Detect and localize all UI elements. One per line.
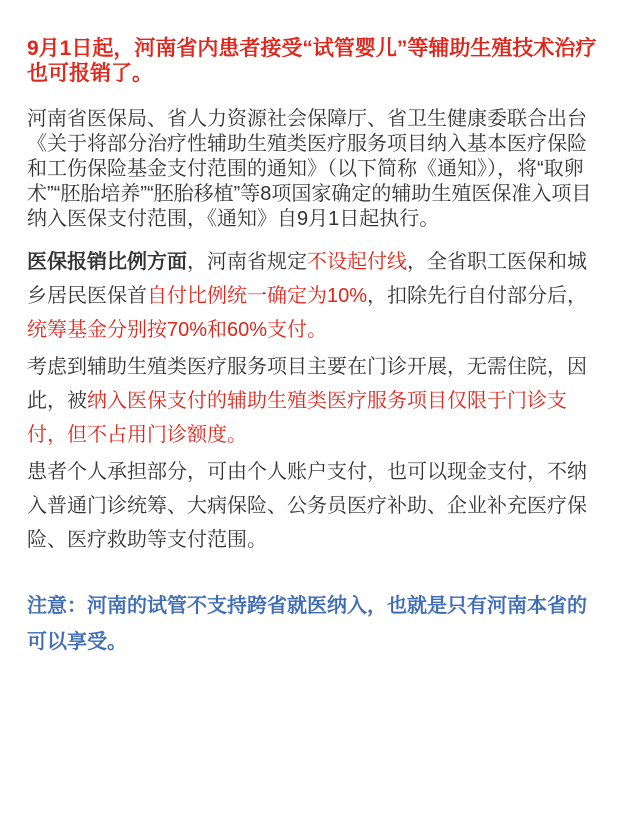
note-paragraph: 注意：河南的试管不支持跨省就医纳入，也就是只有河南本省的可以享受。 [27, 588, 605, 660]
highlight-segment: 纳入医保支付的辅助生殖类医疗服务项目仅限于门诊支付，但不占用门诊额度。 [27, 390, 567, 446]
highlight-segment: 不设起付线 [307, 251, 407, 273]
headline: 9月1日起，河南省内患者接受“试管婴儿”等辅助生殖技术治疗也可报销了。 [27, 36, 605, 86]
outpatient-paragraph: 考虑到辅助生殖类医疗服务项目主要在门诊开展，无需住院，因此，被纳入医保支付的辅助… [27, 350, 605, 452]
intro-paragraph: 河南省医保局、省人力资源社会保障厅、省卫生健康委联合出台《关于将部分治疗性辅助生… [27, 107, 605, 232]
highlight-segment: 统筹基金分别按70%和60%支付。 [27, 319, 327, 341]
reimbursement-paragraph: 医保报销比例方面，河南省规定不设起付线，全省职工医保和城乡居民医保首自付比例统一… [27, 245, 605, 347]
reimbursement-lead-segment: 医保报销比例方面 [27, 251, 187, 273]
article-page: 9月1日起，河南省内患者接受“试管婴儿”等辅助生殖技术治疗也可报销了。 河南省医… [0, 0, 630, 832]
text-segment: ，河南省规定 [187, 251, 307, 273]
highlight-segment: 自付比例统一确定为10% [147, 285, 367, 307]
personal-payment-paragraph: 患者个人承担部分，可由个人账户支付，也可以现金支付，不纳入普通门诊统筹、大病保险… [27, 455, 605, 557]
text-segment: ，扣除先行自付部分后， [367, 285, 587, 307]
